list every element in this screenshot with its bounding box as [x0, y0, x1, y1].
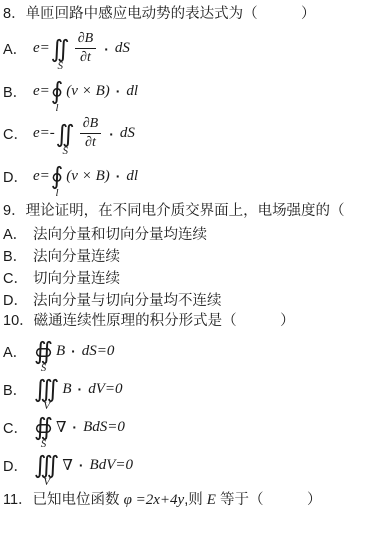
option-content: 法向分量与切向分量均不连续 [33, 289, 222, 310]
option-label: D． [3, 166, 33, 187]
operator-subscript: l [56, 102, 59, 114]
option-row: C．e=-∬S∂B∂t·dS [3, 116, 383, 151]
integral-operator: ∭V [34, 376, 59, 402]
cjk-text: 法向分量与切向分量均不连续 [33, 289, 222, 310]
question-title: 8．单匝回路中感应电动势的表达式为（ ） [3, 4, 383, 25]
question-title: 9．理论证明，在不同电介质交界面上，电场强度的（ ） [3, 201, 383, 222]
cjk-text: 切向分量连续 [33, 267, 120, 288]
cjk-text: 11．已知电位函数 [3, 490, 124, 511]
math-text: e= [33, 168, 50, 185]
cjk-text: 10．磁通连续性原理的积分形式是（ ） [3, 311, 295, 332]
option-row: D．e=∮l(v × B)·dl [3, 163, 383, 189]
option-row: B．∭VB·dV=0 [3, 376, 383, 402]
fraction: ∂B∂t [80, 116, 101, 151]
operator-subscript: S [41, 438, 47, 450]
integral-symbol: ∭ [34, 452, 59, 478]
fraction-denominator: ∂t [85, 134, 96, 151]
question-block: 9．理论证明，在不同电介质交界面上，电场强度的（ ）A．法向分量和切向分量均连续… [3, 201, 383, 310]
integral-operator: ∯S [34, 338, 53, 364]
option-label: A． [3, 223, 33, 244]
option-row: C．切向分量连续 [3, 267, 383, 288]
option-label: D． [3, 455, 33, 476]
option-label: D． [3, 289, 33, 310]
fraction-numerator: ∂B [80, 116, 101, 134]
option-label: C． [3, 123, 33, 144]
option-content: ∭VB·dV=0 [33, 376, 123, 402]
option-row: A．法向分量和切向分量均连续 [3, 223, 383, 244]
math-text: dl [126, 83, 138, 100]
option-label: B． [3, 81, 33, 102]
math-text: (v × B) [66, 83, 109, 100]
option-content: ∯S∇·BdS=0 [33, 414, 125, 440]
integral-symbol: ∮ [51, 78, 64, 104]
integral-operator: ∭V [34, 452, 59, 478]
option-row: C．∯S∇·BdS=0 [3, 414, 383, 440]
cjk-text: 法向分量和切向分量均连续 [33, 223, 207, 244]
operator-subscript: V [43, 400, 50, 412]
math-text: dS=0 [82, 343, 115, 360]
fraction-numerator: ∂B [75, 31, 96, 49]
option-row: D．∭V∇·BdV=0 [3, 452, 383, 478]
option-label: A． [3, 341, 33, 362]
option-label: C． [3, 267, 33, 288]
math-text: ∇ [56, 418, 66, 437]
dot-operator: · [104, 41, 109, 57]
option-row: D．法向分量与切向分量均不连续 [3, 289, 383, 310]
math-text: e= [33, 83, 50, 100]
dot-operator: · [116, 83, 121, 99]
math-text: BdV=0 [90, 457, 133, 474]
option-row: B．法向分量连续 [3, 245, 383, 266]
question-block: 8．单匝回路中感应电动势的表达式为（ ）A．e=∬S∂B∂t·dSB．e=∮l(… [3, 4, 383, 189]
exam-page: 8．单匝回路中感应电动势的表达式为（ ）A．e=∬S∂B∂t·dSB．e=∮l(… [0, 0, 385, 511]
integral-symbol: ∯ [34, 414, 53, 440]
option-content: 法向分量连续 [33, 245, 120, 266]
dot-operator: · [78, 381, 83, 397]
math-text: dS [120, 125, 135, 142]
math-text: φ =2x+4y [124, 490, 185, 511]
math-text: (v × B) [66, 168, 109, 185]
integral-symbol: ∬ [56, 121, 75, 147]
integral-symbol: ∬ [51, 36, 70, 62]
math-text: dV=0 [88, 381, 122, 398]
option-row: A．∯SB·dS=0 [3, 338, 383, 364]
question-block: 11．已知电位函数 φ =2x+4y,则 E 等于（ ） [3, 490, 383, 511]
option-label: A． [3, 38, 33, 59]
dot-operator: · [71, 343, 76, 359]
operator-subscript: S [41, 362, 47, 374]
option-label: C． [3, 417, 33, 438]
option-content: e=∮l(v × B)·dl [33, 163, 138, 189]
cjk-text: 法向分量连续 [33, 245, 120, 266]
integral-symbol: ∮ [51, 163, 64, 189]
operator-subscript: V [43, 476, 50, 488]
cjk-text: 等于（ ） [216, 490, 322, 511]
integral-symbol: ∯ [34, 338, 53, 364]
option-content: 切向分量连续 [33, 267, 120, 288]
math-text: E [207, 490, 216, 511]
option-content: e=∮l(v × B)·dl [33, 78, 138, 104]
operator-subscript: S [63, 145, 69, 157]
math-text: dl [126, 168, 138, 185]
math-text: B [56, 343, 65, 360]
math-text: e=- [33, 125, 55, 142]
integral-operator: ∬S [51, 36, 70, 62]
option-row: A．e=∬S∂B∂t·dS [3, 31, 383, 66]
option-row: B．e=∮l(v × B)·dl [3, 78, 383, 104]
option-content: 法向分量和切向分量均连续 [33, 223, 207, 244]
math-text: BdS=0 [83, 419, 125, 436]
cjk-text: ,则 [184, 490, 207, 511]
question-title: 11．已知电位函数 φ =2x+4y,则 E 等于（ ） [3, 490, 383, 511]
fraction: ∂B∂t [75, 31, 96, 66]
dot-operator: · [72, 419, 77, 435]
dot-operator: · [116, 168, 121, 184]
operator-subscript: S [58, 60, 64, 72]
dot-operator: · [79, 457, 84, 473]
dot-operator: · [109, 126, 114, 142]
math-text: ∇ [62, 456, 72, 475]
integral-operator: ∮l [51, 78, 64, 104]
math-text: e= [33, 40, 50, 57]
option-content: e=-∬S∂B∂t·dS [33, 116, 135, 151]
integral-operator: ∬S [56, 121, 75, 147]
option-content: ∭V∇·BdV=0 [33, 452, 133, 478]
option-label: B． [3, 245, 33, 266]
cjk-text: 8．单匝回路中感应电动势的表达式为（ ） [3, 4, 316, 25]
math-text: dS [115, 40, 130, 57]
option-content: ∯SB·dS=0 [33, 338, 114, 364]
question-block: 10．磁通连续性原理的积分形式是（ ）A．∯SB·dS=0B．∭VB·dV=0C… [3, 311, 383, 478]
math-text: B [62, 381, 71, 398]
integral-symbol: ∭ [34, 376, 59, 402]
fraction-denominator: ∂t [80, 49, 91, 66]
operator-subscript: l [56, 187, 59, 199]
option-content: e=∬S∂B∂t·dS [33, 31, 130, 66]
question-title: 10．磁通连续性原理的积分形式是（ ） [3, 311, 383, 332]
integral-operator: ∯S [34, 414, 53, 440]
option-label: B． [3, 379, 33, 400]
integral-operator: ∮l [51, 163, 64, 189]
cjk-text: 9．理论证明，在不同电介质交界面上，电场强度的（ ） [3, 201, 385, 222]
